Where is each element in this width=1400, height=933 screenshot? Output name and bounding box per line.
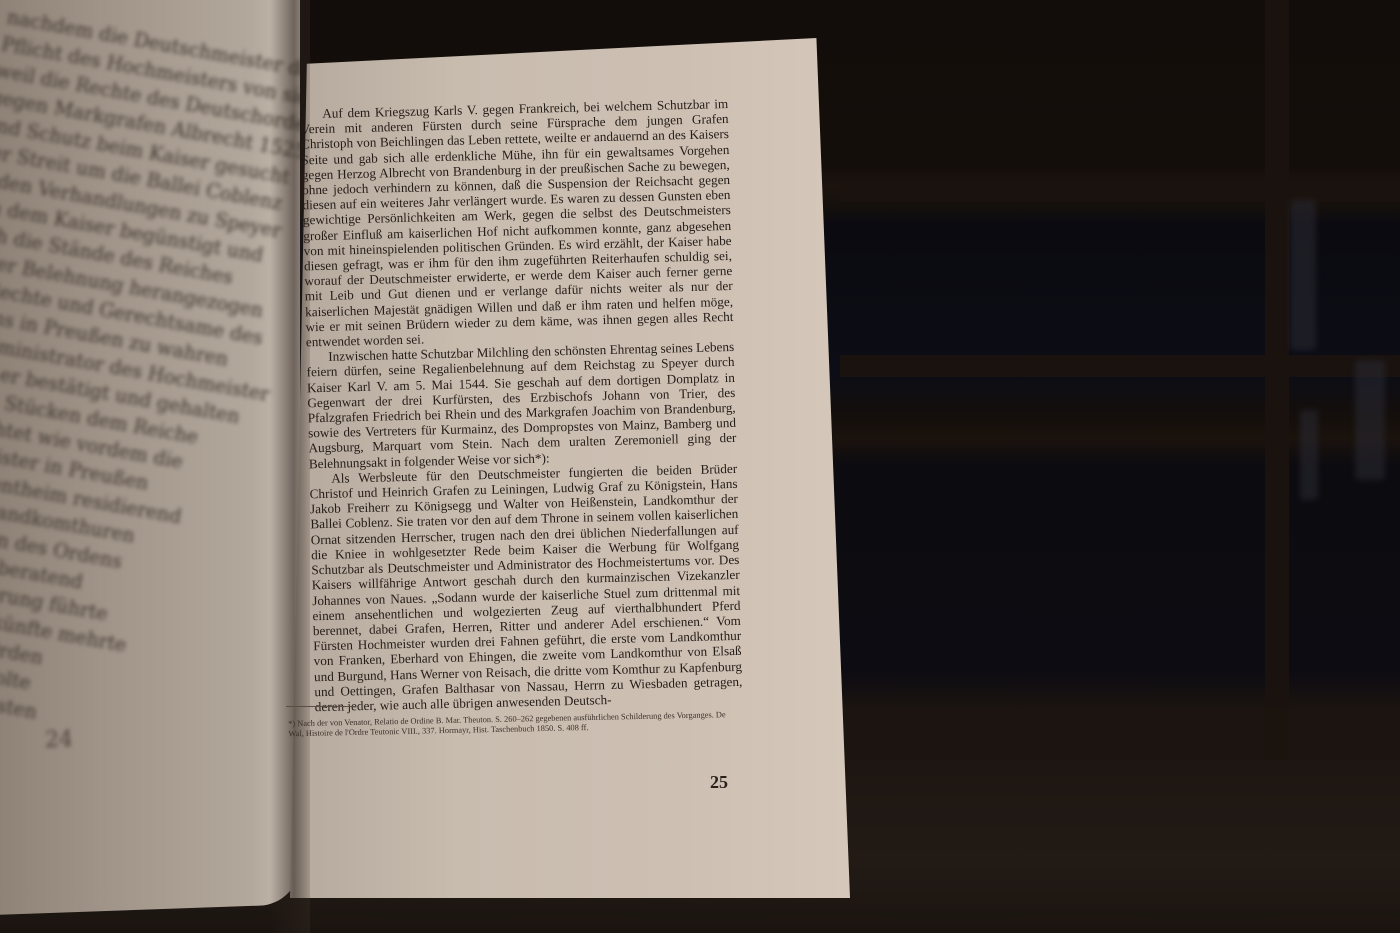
left-page-text: nachdem die Deutschmeister de V Pflicht … [0,4,284,744]
page-number: 25 [710,772,728,793]
paragraph: Als Werbsleute für den Deutschmeister fu… [309,461,743,715]
paragraph: Inzwischen hatte Schutzbar Milchling den… [306,339,737,471]
body-text: Auf dem Kriegszug Karls V. gegen Frankre… [300,96,743,714]
book-spine [1300,410,1318,500]
left-page-number: 24 [45,727,73,753]
book-spine [1290,200,1316,350]
left-page: nachdem die Deutschmeister de V Pflicht … [0,0,300,916]
shelf-board [840,180,1400,202]
footnote-separator [286,706,356,707]
shelf-board [840,355,1400,377]
paragraph: Auf dem Kriegszug Karls V. gegen Frankre… [300,96,734,350]
book-spine [1355,360,1385,480]
